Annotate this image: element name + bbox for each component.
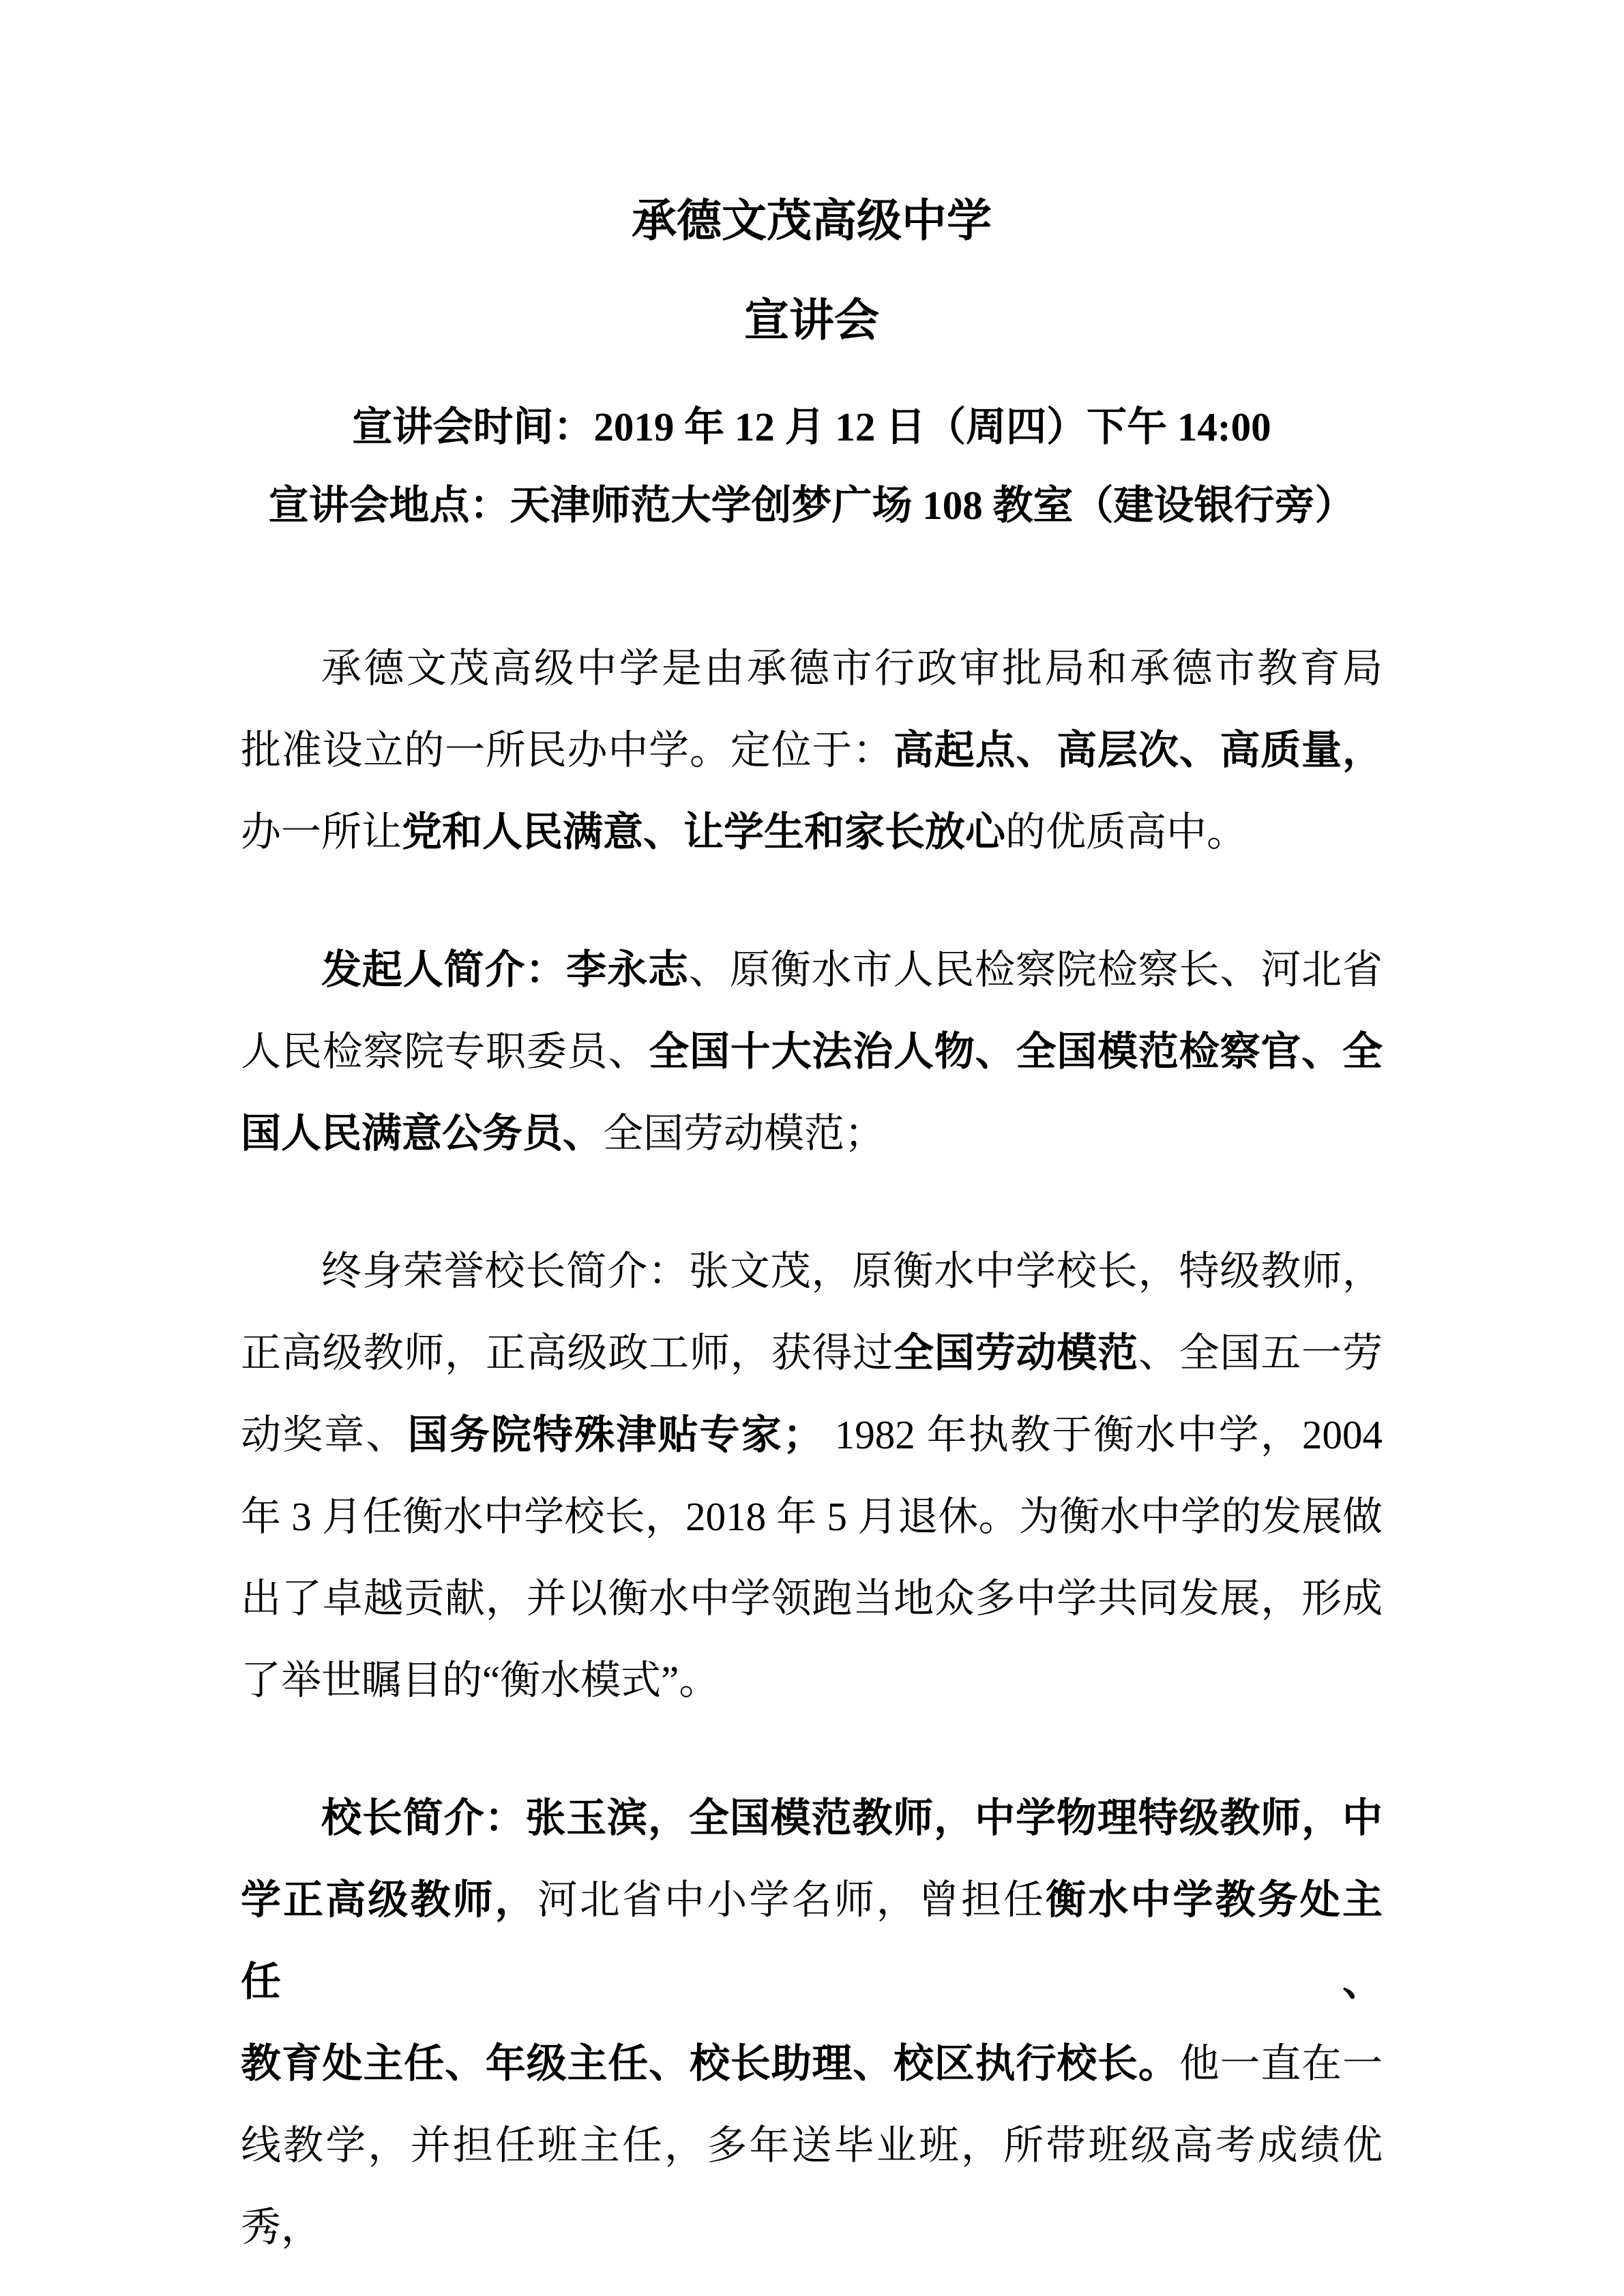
bold-text-run: 学正高级教师， [241, 1877, 537, 1922]
text-line: 正高级教师，正高级政工师，获得过全国劳动模范、全国五一劳 [241, 1312, 1383, 1394]
school-name-title: 承德文茂高级中学 [241, 172, 1383, 271]
text-line: 学正高级教师，河北省中小学名师，曾担任衡水中学教务处主任、 [241, 1859, 1383, 2023]
text-run: 、原衡水市人民检察院检察长、河北省 [689, 947, 1383, 992]
text-line: 教育处主任、年级主任、校长助理、校区执行校长。他一直在一 [241, 2023, 1383, 2104]
text-run: 正高级教师，正高级政工师，获得过 [241, 1330, 894, 1375]
text-line: 发起人简介：李永志、原衡水市人民检察院检察长、河北省 [241, 929, 1383, 1011]
paragraph: 校长简介：张玉滨，全国模范教师，中学物理特级教师，中学正高级教师，河北省中小学名… [241, 1777, 1383, 2268]
bold-text-run: 发起人简介：李永志 [321, 947, 689, 992]
text-run: 、全国五一劳 [1138, 1330, 1383, 1375]
text-run: 办一所让 [241, 809, 402, 854]
session-time-line: 宣讲会时间：2019 年 12 月 12 日（周四）下午 14:00 [241, 388, 1383, 466]
text-line: 年 3 月任衡水中学校长，2018 年 5 月退休。为衡水中学的发展做 [241, 1476, 1383, 1557]
text-line: 人民检察院专职委员、全国十大法治人物、全国模范检察官、全 [241, 1011, 1383, 1092]
text-line: 承德文茂高级中学是由承德市行政审批局和承德市教育局 [241, 627, 1383, 709]
text-line: 终身荣誉校长简介：张文茂，原衡水中学校长，特级教师， [241, 1230, 1383, 1312]
paragraph: 发起人简介：李永志、原衡水市人民检察院检察长、河北省人民检察院专职委员、全国十大… [241, 929, 1383, 1174]
paragraph: 终身荣誉校长简介：张文茂，原衡水中学校长，特级教师，正高级教师，正高级政工师，获… [241, 1230, 1383, 1721]
text-line: 出了卓越贡献，并以衡水中学领跑当地众多中学共同发展，形成 [241, 1557, 1383, 1639]
text-line: 批准设立的一所民办中学。定位于：高起点、高层次、高质量， [241, 709, 1383, 791]
text-run: 线教学，并担任班主任，多年送毕业班，所带班级高考成绩优秀， [241, 2123, 1383, 2250]
session-location-line: 宣讲会地点：天津师范大学创梦广场 108 教室（建设银行旁） [241, 466, 1383, 545]
text-run: 年 3 月任衡水中学校长，2018 年 5 月退休。为衡水中学的发展做 [241, 1494, 1383, 1539]
text-line: 办一所让党和人民满意、让学生和家长放心的优质高中。 [241, 791, 1383, 873]
text-run: 了举世瞩目的“衡水模式”。 [241, 1658, 719, 1703]
text-line: 了举世瞩目的“衡水模式”。 [241, 1639, 1383, 1721]
bold-text-run: 党和人民满意、让学生和家长放心 [402, 809, 1005, 854]
event-title: 宣讲会 [241, 271, 1383, 371]
text-run: 1982 年执教于衡水中学，2004 [823, 1412, 1383, 1457]
bold-text-run: 全国劳动模范 [894, 1330, 1138, 1375]
text-run: 终身荣誉校长简介：张文茂，原衡水中学校长，特级教师， [321, 1249, 1383, 1294]
text-line: 线教学，并担任班主任，多年送毕业班，所带班级高考成绩优秀， [241, 2104, 1383, 2268]
bold-text-run: 全国十大法治人物、全国模范检察官、全 [649, 1029, 1383, 1074]
text-run: 批准设立的一所民办中学。定位于： [241, 728, 894, 773]
bold-text-run: 国务院特殊津贴专家； [408, 1412, 823, 1457]
text-run: 河北省中小学名师，曾担任 [537, 1877, 1046, 1922]
text-run: 出了卓越贡献，并以衡水中学领跑当地众多中学共同发展，形成 [241, 1576, 1383, 1621]
text-run: 动奖章、 [241, 1412, 408, 1457]
text-line: 动奖章、国务院特殊津贴专家； 1982 年执教于衡水中学，2004 [241, 1394, 1383, 1476]
bold-text-run: 教育处主任、年级主任、校长助理、校区执行校长。 [241, 2041, 1179, 2086]
text-run: 人民检察院专职委员、 [241, 1029, 649, 1074]
bold-text-run: 国人民满意公务员、 [241, 1111, 603, 1156]
text-run: 他一直在一 [1179, 2041, 1383, 2086]
text-line: 国人民满意公务员、全国劳动模范； [241, 1092, 1383, 1174]
text-line: 校长简介：张玉滨，全国模范教师，中学物理特级教师，中 [241, 1777, 1383, 1859]
text-run: 全国劳动模范； [603, 1111, 885, 1156]
document-paragraphs: 承德文茂高级中学是由承德市行政审批局和承德市教育局批准设立的一所民办中学。定位于… [241, 627, 1383, 2268]
text-run: 承德文茂高级中学是由承德市行政审批局和承德市教育局 [321, 646, 1383, 691]
bold-text-run: 高起点、高层次、高质量， [894, 728, 1383, 773]
paragraph: 承德文茂高级中学是由承德市行政审批局和承德市教育局批准设立的一所民办中学。定位于… [241, 627, 1383, 873]
document-page: 承德文茂高级中学 宣讲会 宣讲会时间：2019 年 12 月 12 日（周四）下… [0, 0, 1624, 2296]
bold-text-run: 校长简介：张玉滨，全国模范教师，中学物理特级教师，中 [321, 1795, 1383, 1840]
text-run: 的优质高中。 [1005, 809, 1247, 854]
